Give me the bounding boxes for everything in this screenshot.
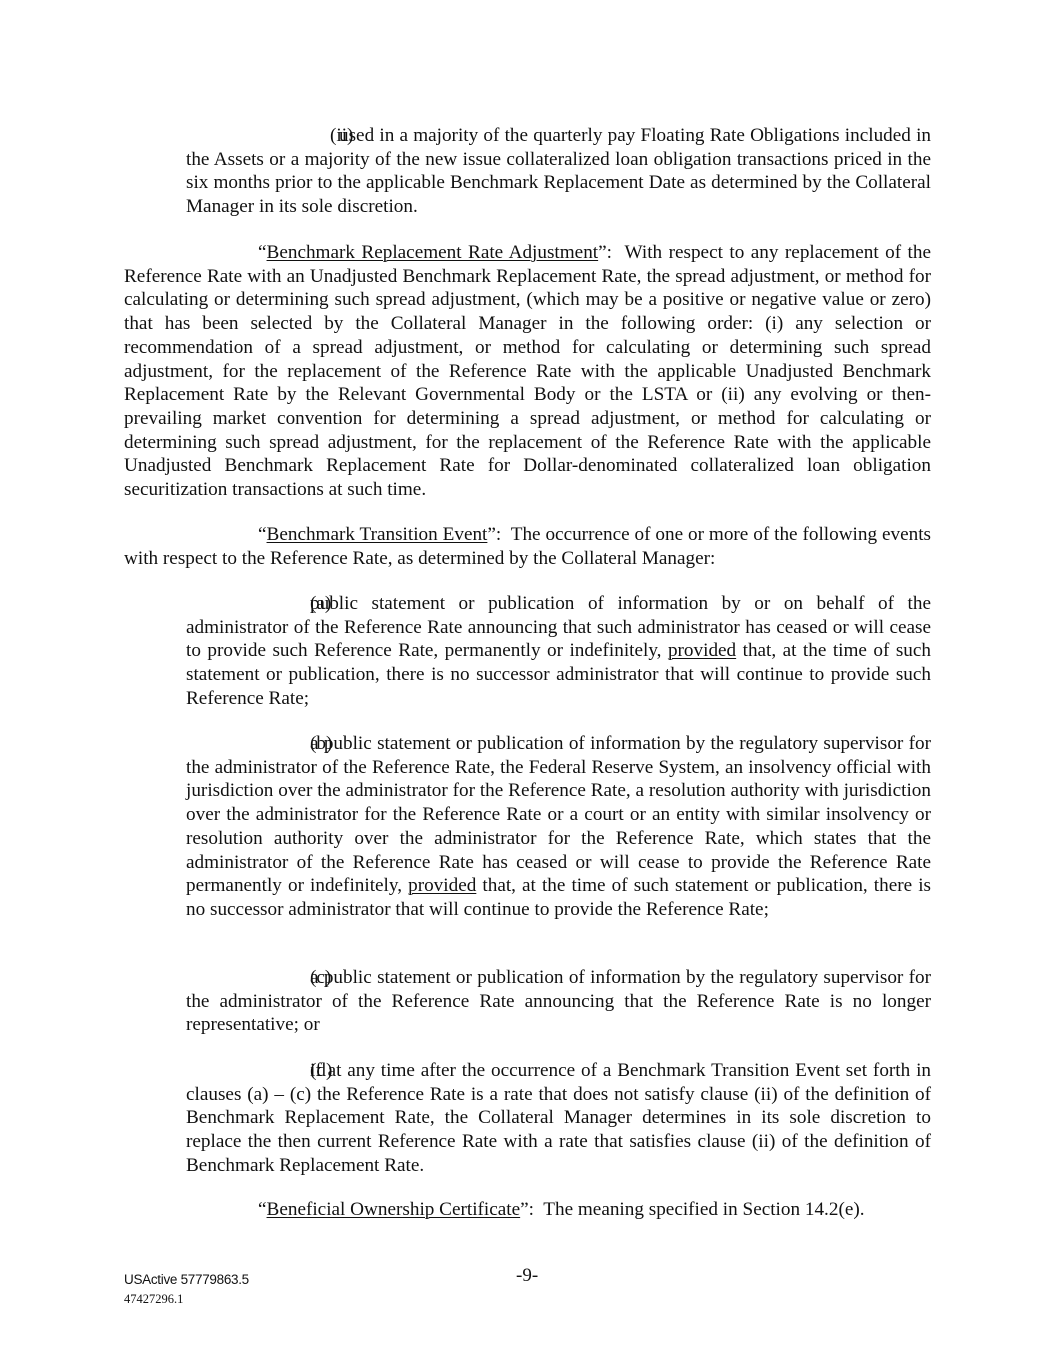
open-quote: “: [258, 242, 267, 263]
clause-label: (d): [248, 1059, 310, 1083]
close-quote: ”:: [598, 242, 612, 263]
close-quote: ”:: [520, 1199, 534, 1220]
clause-label: (b): [248, 732, 310, 756]
definition-benchmark-transition-event: “Benchmark Transition Event”: The occurr…: [124, 523, 931, 570]
defined-term: Benchmark Transition Event: [267, 524, 488, 545]
clause-b-paragraph: (b)a public statement or publication of …: [186, 732, 931, 922]
clause-a-paragraph: (a)public statement or publication of in…: [186, 592, 931, 711]
defined-term: Beneficial Ownership Certificate: [267, 1199, 521, 1220]
clause-c-paragraph: (c)a public statement or publication of …: [186, 966, 931, 1037]
open-quote: “: [258, 1199, 267, 1220]
provided-term: provided: [408, 875, 476, 896]
clause-ii-paragraph: (ii)used in a majority of the quarterly …: [186, 124, 931, 219]
footer-document-id-secondary: 47427296.1: [124, 1288, 183, 1312]
close-quote: ”:: [487, 524, 501, 545]
open-quote: “: [258, 524, 267, 545]
definition-text: The meaning specified in Section 14.2(e)…: [543, 1199, 864, 1220]
clause-label: (a): [248, 592, 310, 616]
definition-text: The occurrence of one or more of the fol…: [124, 524, 931, 569]
clause-text: a public statement or publication of inf…: [186, 733, 931, 896]
definition-text: With respect to any replacement of the R…: [124, 242, 931, 500]
clause-label: (c): [248, 966, 310, 990]
clause-label: (ii): [258, 124, 339, 148]
definition-beneficial-ownership-certificate: “Beneficial Ownership Certificate”: The …: [124, 1198, 931, 1222]
provided-term: provided: [668, 640, 736, 661]
clause-d-paragraph: (d)if at any time after the occurrence o…: [186, 1059, 931, 1178]
defined-term: Benchmark Replacement Rate Adjustment: [267, 242, 599, 263]
page-number: -9-: [516, 1264, 538, 1288]
document-page: (ii)used in a majority of the quarterly …: [0, 0, 1055, 1365]
definition-benchmark-replacement-rate-adjustment: “Benchmark Replacement Rate Adjustment”:…: [124, 241, 931, 502]
